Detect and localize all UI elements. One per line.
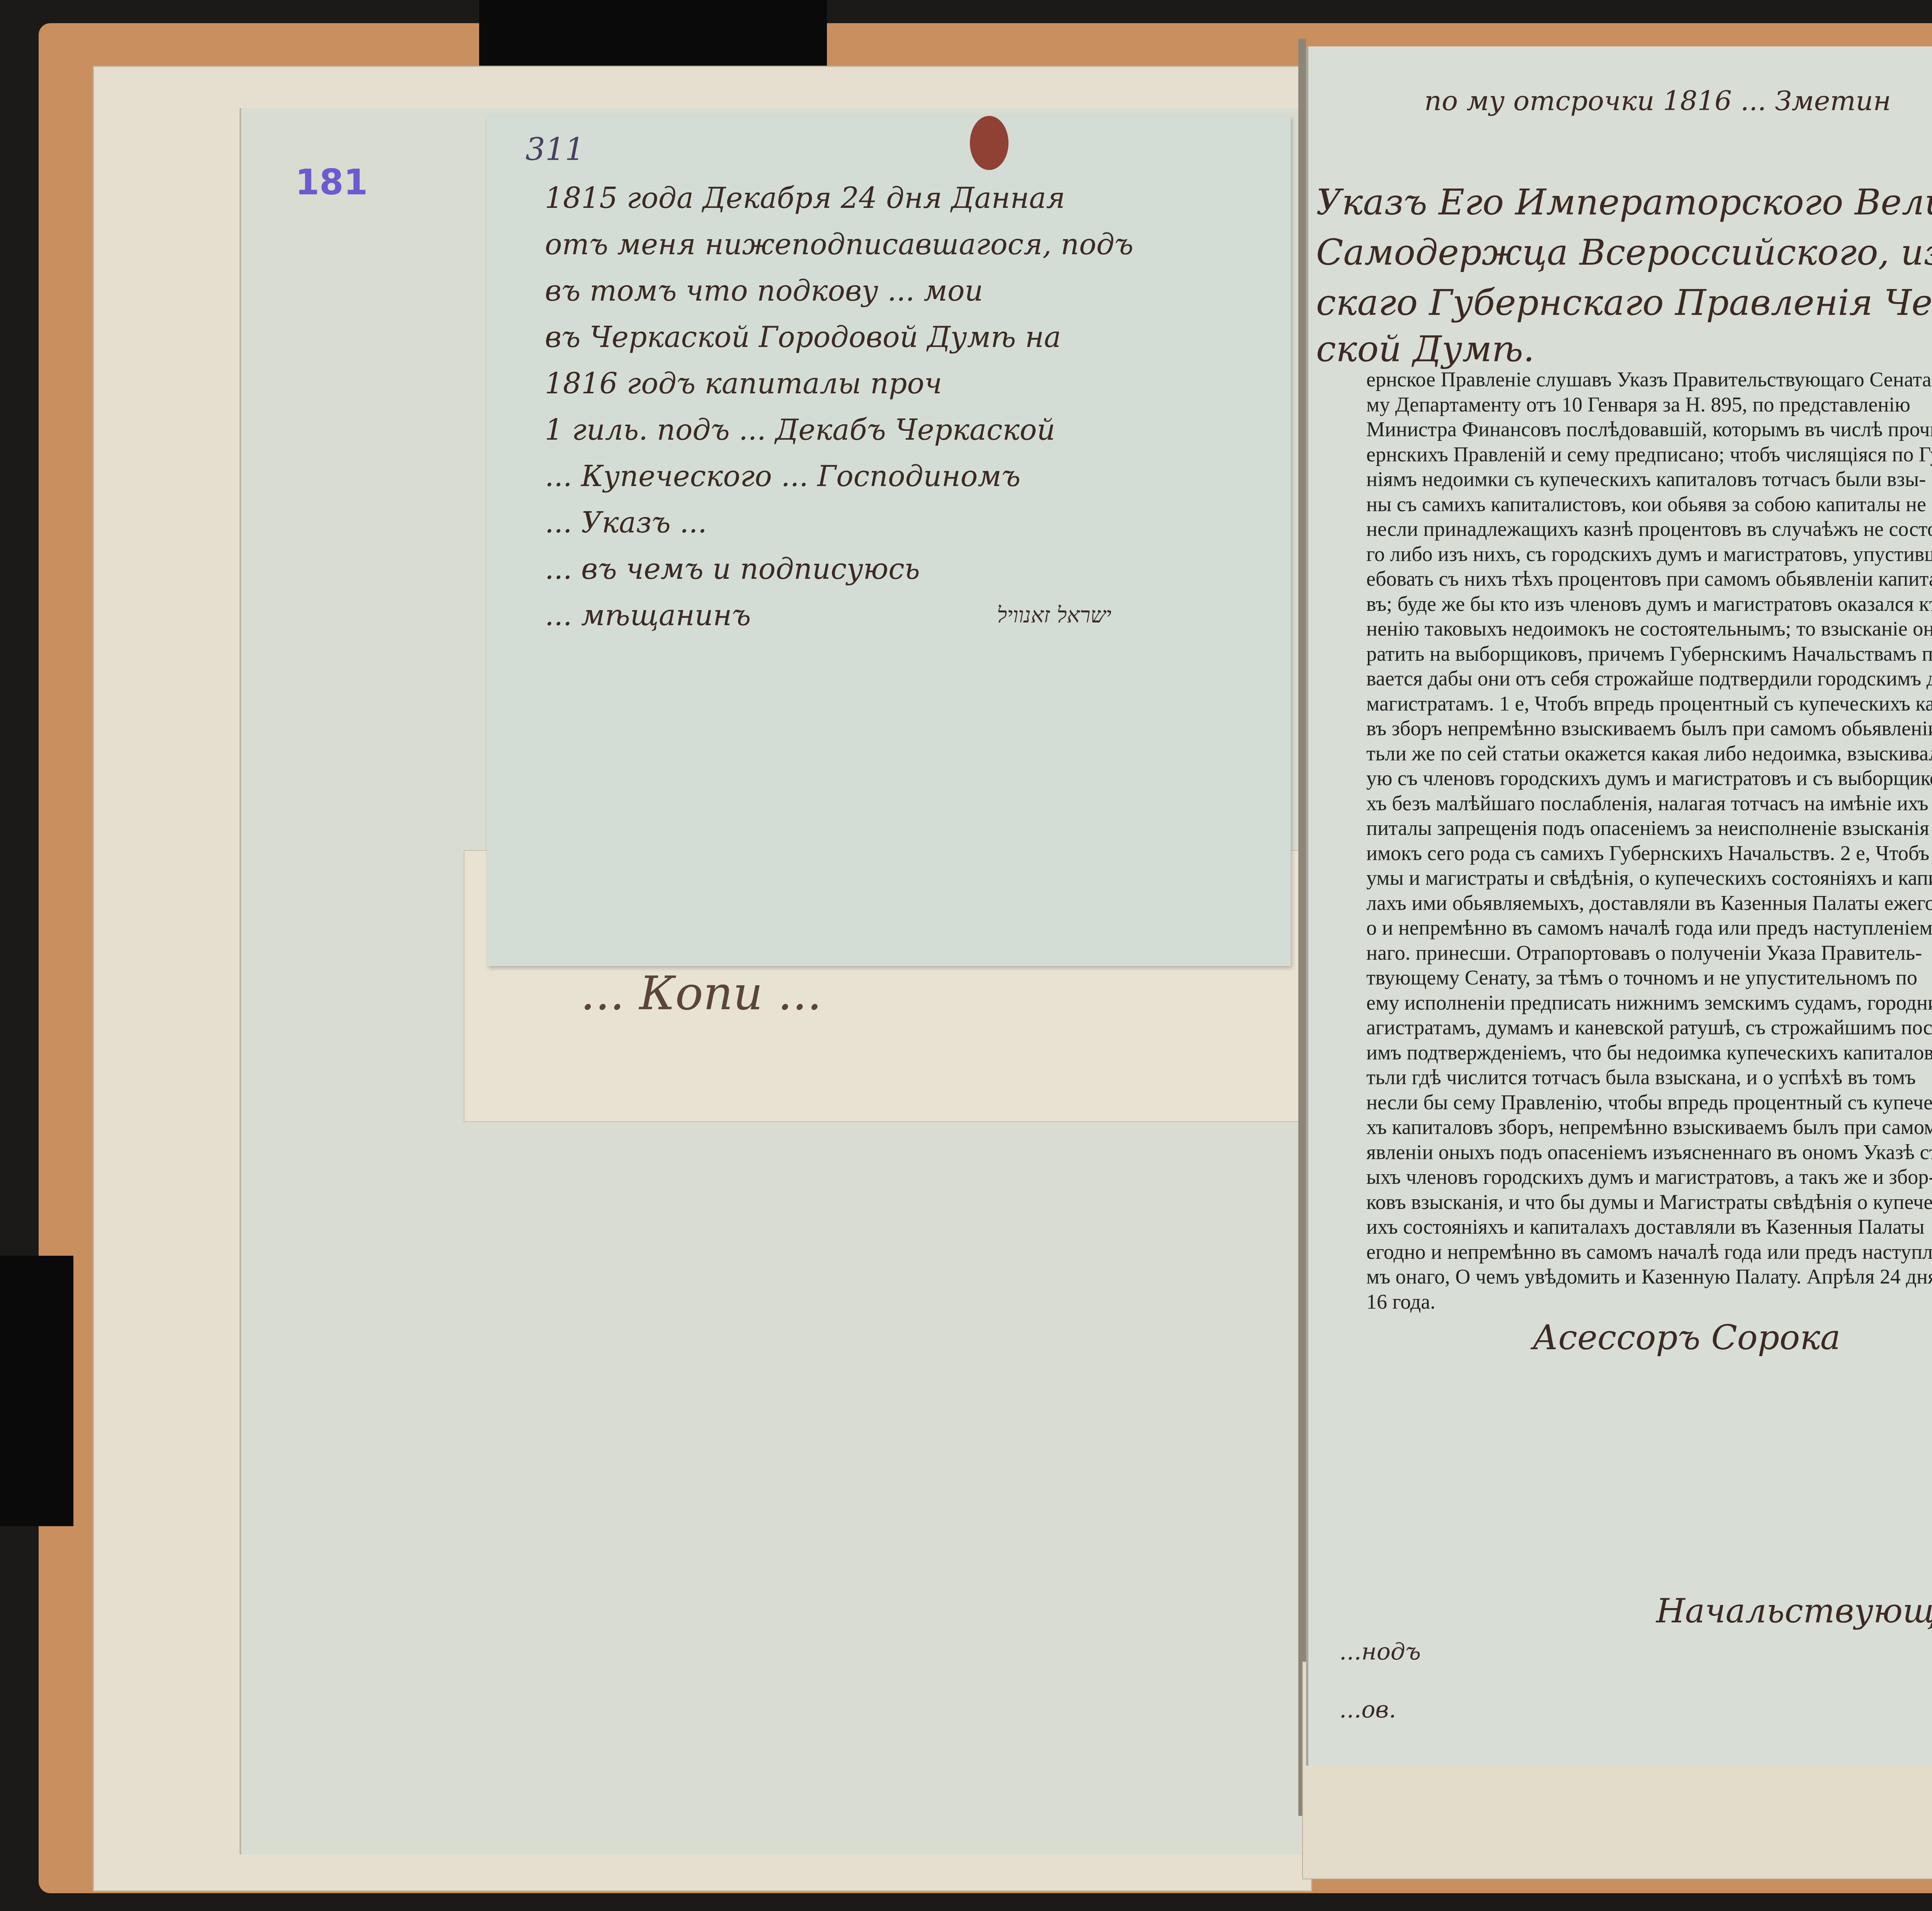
hebrew-signature: ישראל זאנוויל xyxy=(997,603,1111,628)
body-line: ны съ самихъ капиталистовъ, кои обьявя з… xyxy=(1366,492,1932,517)
slip-line: въ томъ что подкову ... мои xyxy=(545,274,983,308)
slip-line: ... Указъ ... xyxy=(545,506,707,539)
body-line: хъ капиталовъ зборъ, непремѣнно взыскива… xyxy=(1366,1115,1932,1140)
body-line: ернскихъ Правленiй и сему предписано; чт… xyxy=(1366,442,1932,467)
body-line: му Департаменту отъ 10 Генваря за Н. 895… xyxy=(1366,392,1932,417)
under-slip-text: ... Копи ... xyxy=(580,967,822,1020)
slip-line: ... Купеческого ... Господиномъ xyxy=(545,460,1020,493)
body-line: имъ подтвержденiемъ, что бы недоимка куп… xyxy=(1366,1040,1932,1065)
archive-stamp-number: 181 xyxy=(295,162,368,203)
body-line: ыхъ членовъ городскихъ думъ и магистрато… xyxy=(1366,1165,1932,1190)
wax-seal-fragment xyxy=(970,116,1009,170)
heading-line: Самодержца Всероссийского, изъ Кiев- xyxy=(1316,232,1932,273)
body-line: ратить на выборщиковъ, причемъ Губернски… xyxy=(1366,641,1932,666)
slip-line: ... мѣщанинъ xyxy=(545,599,751,632)
body-line: магистратамъ. 1 е, Чтобъ впредь процентн… xyxy=(1366,691,1932,716)
body-line: егодно и непремѣнно въ самомъ началѣ год… xyxy=(1366,1239,1932,1265)
slip-line: 1 гиль. подъ ... Декабъ Черкаской xyxy=(545,413,1055,447)
slip-line: 1815 года Декабря 24 дня Данная xyxy=(545,182,1065,215)
right-page: по му отсрочки 1816 ... Зметин 480 195 3… xyxy=(1306,46,1932,1766)
body-line: имокъ сего рода съ самихъ Губернскихъ На… xyxy=(1366,841,1932,866)
margin-fragment: ...нодъ xyxy=(1339,1638,1421,1665)
body-line: нiямъ недоимки съ купеческихъ капиталовъ… xyxy=(1366,467,1932,492)
slip-line: отъ меня нижеподписавшагося, подъ xyxy=(545,228,1133,261)
body-line: ненiю таковыхъ недоимокъ не состоятельны… xyxy=(1366,616,1932,641)
body-line: о и непремѣнно въ самомъ началѣ года или… xyxy=(1366,915,1932,940)
heading-line: Указъ Его Императорского Величества xyxy=(1316,182,1932,223)
body-line: тьли гдѣ числится тотчасъ была взыскана,… xyxy=(1366,1065,1932,1090)
heading-line: ской Думѣ. xyxy=(1316,328,1534,370)
slip-line: ... въ чемъ и подписуюсь xyxy=(545,553,920,586)
book-spine xyxy=(1298,39,1306,1816)
slip-line: 1816 годъ капиталы проч xyxy=(545,367,942,400)
body-line: явленiи оныхъ подъ опасенiемъ изъясненна… xyxy=(1366,1140,1932,1165)
body-line: твующему Сенату, за тѣмъ о точномъ и не … xyxy=(1366,965,1932,990)
chief-signature: Начальствующiй Лавтинъ xyxy=(1656,1592,1932,1630)
body-line: ернское Правленiе слушавъ Указъ Правител… xyxy=(1366,367,1932,392)
folio-mark: 311 xyxy=(526,131,585,167)
body-line: умы и магистраты и свѣдѣнiя, о купечески… xyxy=(1366,865,1932,891)
body-line: ую съ членовъ городскихъ думъ и магистра… xyxy=(1366,766,1932,791)
printed-decree-body: ернское Правленiе слушавъ Указъ Правител… xyxy=(1366,367,1932,1314)
margin-fragment: ...ов. xyxy=(1339,1696,1396,1723)
assessor-signature: Асессоръ Сорока xyxy=(1532,1318,1840,1357)
body-line: го либо изъ нихъ, съ городскихъ думъ и м… xyxy=(1366,542,1932,567)
body-line: въ зборъ непремѣнно взыскиваемъ былъ при… xyxy=(1366,716,1932,741)
body-line: ковъ взысканiя, и что бы думы и Магистра… xyxy=(1366,1190,1932,1215)
body-line: наго. принесши. Отрапортовавъ о полученi… xyxy=(1366,940,1932,966)
heading-line: скаго Губернскаго Правленiя Черкас- xyxy=(1316,282,1932,323)
body-line: питалы запрещенiя подъ опасенiемъ за неи… xyxy=(1366,816,1932,841)
body-line: Министра Финансовъ послѣдовавшiй, которы… xyxy=(1366,417,1932,442)
body-line: ему исполненiи предписать нижнимъ земски… xyxy=(1366,990,1932,1015)
body-line: тьли же по сей статьи окажется какая либ… xyxy=(1366,741,1932,766)
body-line: въ; буде же бы кто изъ членовъ думъ и ма… xyxy=(1366,592,1932,617)
body-line: мъ онаго, О чемъ увѣдомить и Казенную Па… xyxy=(1366,1264,1932,1289)
body-line: ебовать съ нихъ тѣхъ процентовъ при само… xyxy=(1366,566,1932,592)
body-line: несли принадлежащихъ казнѣ процентовъ въ… xyxy=(1366,517,1932,542)
top-note: по му отсрочки 1816 ... Зметин xyxy=(1424,85,1891,117)
binder-clip-left xyxy=(0,1256,73,1526)
body-line: 16 года. xyxy=(1366,1289,1932,1314)
body-line: ихъ состоянiяхъ и капиталахъ доставляли … xyxy=(1366,1214,1932,1239)
body-line: вается дабы они отъ себя строжайше подтв… xyxy=(1366,666,1932,691)
body-line: хъ безъ малѣйшаго послабленiя, налагая т… xyxy=(1366,791,1932,816)
body-line: лахъ ими обьявляемыхъ, доставляли въ Каз… xyxy=(1366,891,1932,916)
body-line: несли бы сему Правленiю, чтобы впредь пр… xyxy=(1366,1090,1932,1115)
body-line: агистратамъ, думамъ и каневской ратушѣ, … xyxy=(1366,1015,1932,1040)
handwritten-slip: 311 1815 года Декабря 24 дня Данная отъ … xyxy=(487,116,1291,966)
slip-line: въ Черкаской Городовой Думѣ на xyxy=(545,321,1061,354)
